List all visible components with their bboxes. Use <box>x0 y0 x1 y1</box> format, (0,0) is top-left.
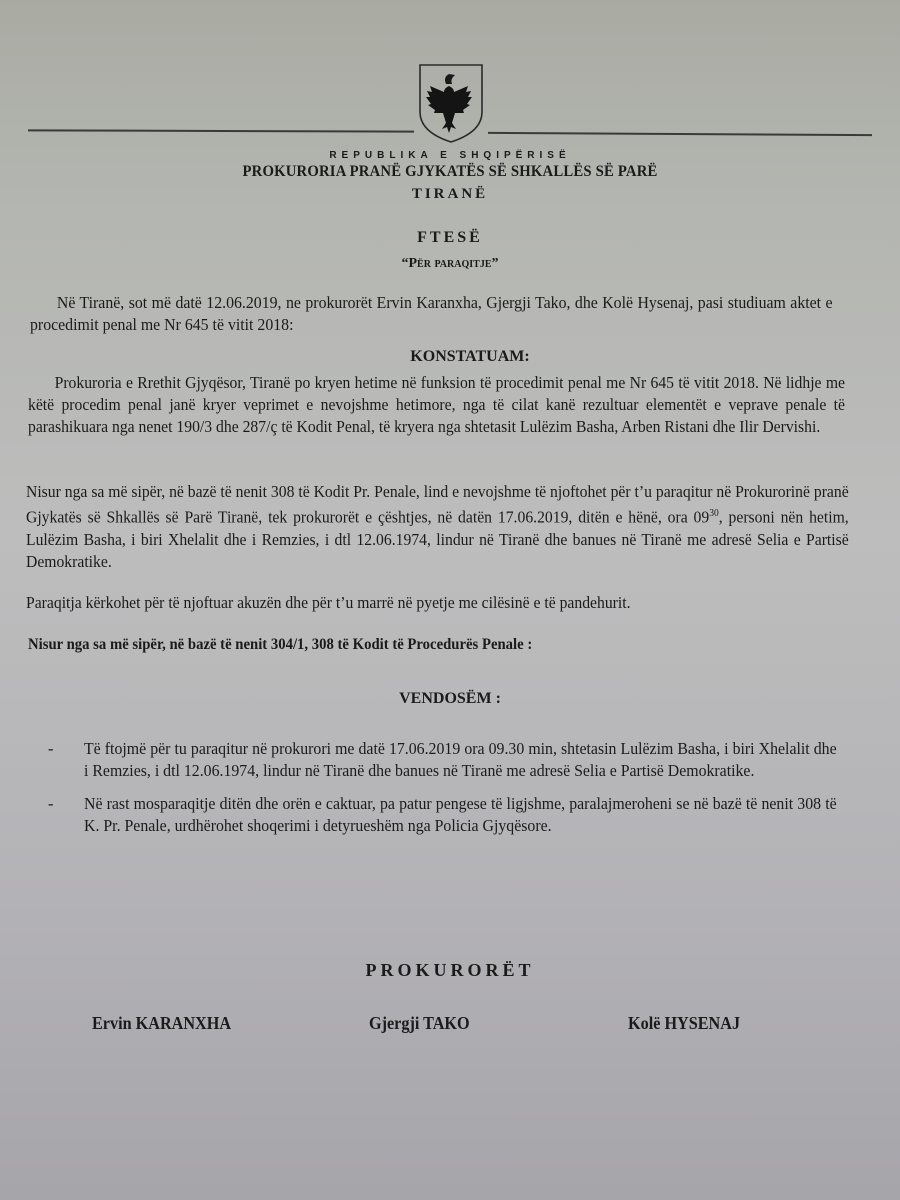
decision-text: Të ftojmë për tu paraqitur në prokurori … <box>84 738 837 782</box>
coat-of-arms-icon <box>416 62 486 144</box>
decision-item: - Të ftojmë për tu paraqitur në prokuror… <box>48 738 868 782</box>
office-name: PROKURORIA PRANË GJYKATËS SË SHKALLËS SË… <box>36 163 864 181</box>
decisions-list: - Të ftojmë për tu paraqitur në prokuror… <box>48 738 868 848</box>
header-rule-right <box>488 132 872 136</box>
signers-title: PROKURORËT <box>0 960 900 981</box>
intro-paragraph: Në Tiranë, sot më datë 12.06.2019, ne pr… <box>30 292 833 336</box>
konstatuam-heading: KONSTATUAM: <box>20 348 900 366</box>
header-rule-left <box>28 129 414 132</box>
konstatuam-paragraph-2: Nisur nga sa më sipër, në bazë të nenit … <box>26 481 849 573</box>
document-page: REPUBLIKA E SHQIPËRISË PROKURORIA PRANË … <box>0 0 900 1200</box>
vendosem-heading: VENDOSËM : <box>0 690 900 708</box>
signer-name: Kolë HYSENAJ <box>628 1013 740 1034</box>
document-subtitle: “Për paraqitje” <box>0 256 900 272</box>
republic-name: REPUBLIKA E SHQIPËRISË <box>0 150 900 161</box>
decision-text: Në rast mosparaqitje ditën dhe orën e ca… <box>84 793 837 837</box>
city-name: TIRANË <box>0 186 900 203</box>
konstatuam-paragraph-3: Paraqitja kërkohet për të njoftuar akuzë… <box>26 592 853 614</box>
bullet-marker: - <box>48 793 84 837</box>
legal-basis: Nisur nga sa më sipër, në bazë të nenit … <box>28 634 819 656</box>
bullet-marker: - <box>48 738 84 782</box>
signer-name: Ervin KARANXHA <box>92 1013 231 1034</box>
signer-name: Gjergji TAKO <box>369 1013 470 1034</box>
time-superscript: 30 <box>709 508 719 519</box>
decision-item: - Në rast mosparaqitje ditën dhe orën e … <box>48 793 868 837</box>
document-title: FTESË <box>0 229 900 247</box>
konstatuam-paragraph-1: Prokuroria e Rrethit Gjyqësor, Tiranë po… <box>28 372 845 438</box>
